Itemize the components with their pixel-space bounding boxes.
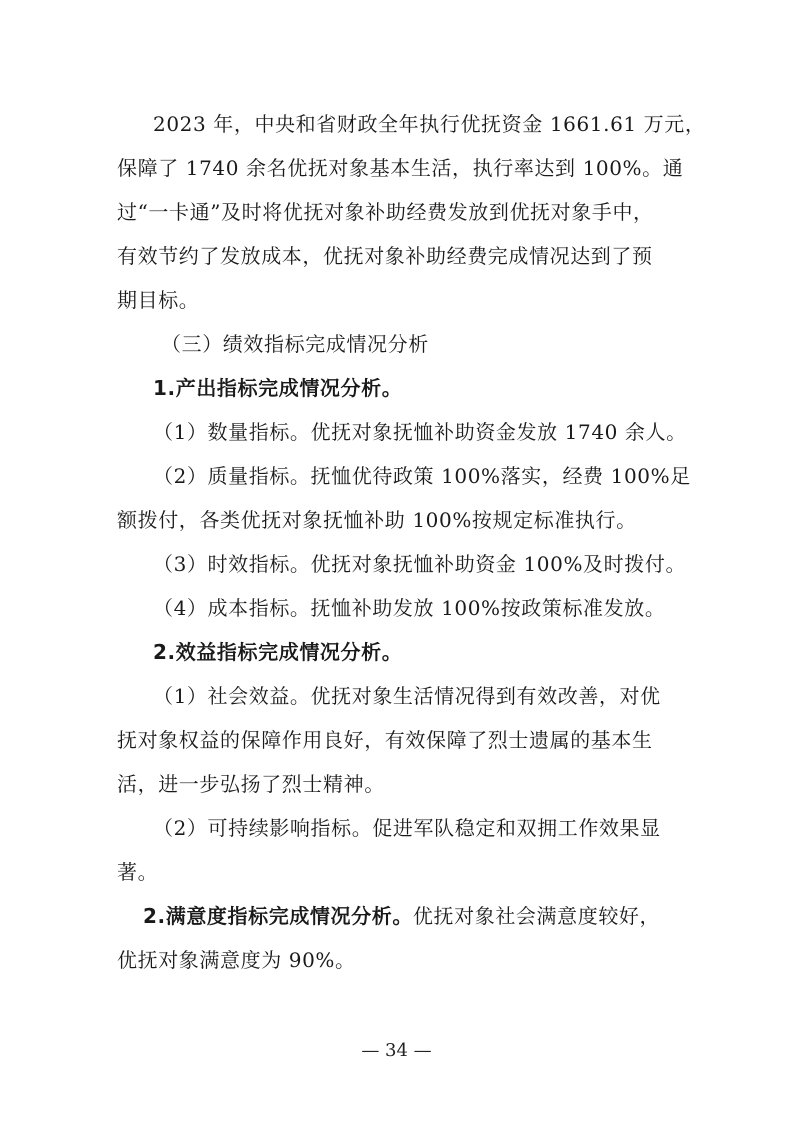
- subsection-heading: 2.满意度指标完成情况分析。: [143, 904, 413, 928]
- subsection-heading: 1.产出指标完成情况分析。: [153, 374, 402, 402]
- list-item-continuation: 活，进一步弘扬了烈士精神。: [117, 770, 385, 798]
- paragraph-line: 过“一卡通”及时将优抚对象补助经费发放到优抚对象手中，: [117, 198, 654, 226]
- subsection-paragraph: 2.满意度指标完成情况分析。优抚对象社会满意度较好，: [143, 902, 660, 930]
- subsection-heading: 2.效益指标完成情况分析。: [153, 638, 402, 666]
- list-item: （1）数量指标。优抚对象抚恤补助资金发放 1740 余人。: [153, 418, 687, 446]
- list-item-continuation: 抚对象权益的保障作用良好，有效保障了烈士遗属的基本生: [117, 726, 653, 754]
- paragraph-line: 保障了 1740 余名优抚对象基本生活，执行率达到 100%。通: [117, 154, 683, 182]
- page-number: — 34 —: [0, 1040, 793, 1061]
- list-item: （4）成本指标。抚恤补助发放 100%按政策标准发放。: [153, 594, 665, 622]
- paragraph-line: 有效节约了发放成本，优抚对象补助经费完成情况达到了预: [117, 242, 653, 270]
- subsection-heading-tail: 优抚对象社会满意度较好，: [413, 904, 660, 928]
- list-item: （1）社会效益。优抚对象生活情况得到有效改善，对优: [153, 682, 661, 710]
- paragraph-line: 优抚对象满意度为 90%。: [117, 946, 356, 974]
- list-item: （2）质量指标。抚恤优待政策 100%落实，经费 100%足: [153, 462, 691, 490]
- paragraph-line: 2023 年，中央和省财政全年执行优抚资金 1661.61 万元，: [153, 110, 705, 138]
- paragraph-line: 期目标。: [117, 286, 199, 314]
- section-heading: （三）绩效指标完成情况分析: [161, 330, 429, 358]
- list-item: （2）可持续影响指标。促进军队稳定和双拥工作效果显: [153, 814, 661, 842]
- list-item-continuation: 额拨付，各类优抚对象抚恤补助 100%按规定标准执行。: [117, 506, 637, 534]
- list-item: （3）时效指标。优抚对象抚恤补助资金 100%及时拨付。: [153, 550, 686, 578]
- list-item-continuation: 著。: [117, 858, 158, 886]
